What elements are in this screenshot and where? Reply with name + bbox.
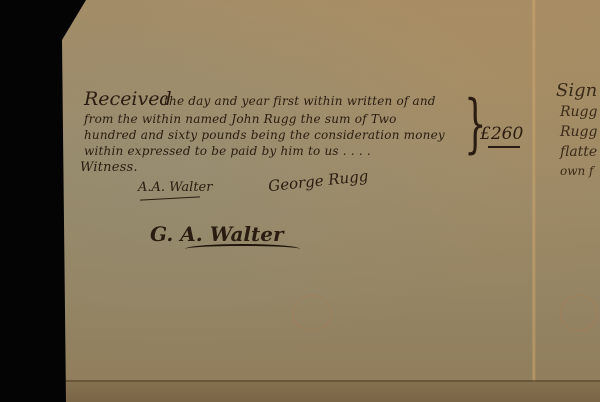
- received-word: Received: [84, 88, 172, 110]
- right-fragment-3: Rugg: [560, 124, 597, 140]
- receipt-line-2: from the within named John Rugg the sum …: [84, 112, 397, 126]
- right-fragment-1: Sign: [556, 80, 597, 101]
- right-fragment-2: Rugg: [560, 104, 597, 120]
- amount-underline: [488, 146, 520, 148]
- right-fragment-4: flatte: [560, 144, 597, 160]
- signature-signatory: G. A. Walter: [150, 222, 284, 246]
- signature-witness: A.A. Walter: [138, 180, 212, 195]
- stain-mark: [292, 295, 332, 331]
- vertical-fold-crease: [532, 0, 536, 402]
- receipt-line-1: the day and year first within written of…: [164, 94, 436, 108]
- document-page: [0, 0, 600, 402]
- right-fragment-5: own f: [560, 164, 593, 178]
- stain-mark: [560, 295, 598, 331]
- folded-bottom-edge: [66, 382, 600, 402]
- receipt-line-4: within expressed to be paid by him to us…: [84, 144, 371, 158]
- receipt-line-3: hundred and sixty pounds being the consi…: [84, 128, 445, 142]
- signature-flourish: [185, 244, 300, 254]
- amount-value: £260: [480, 124, 523, 144]
- witness-label: Witness.: [80, 160, 138, 175]
